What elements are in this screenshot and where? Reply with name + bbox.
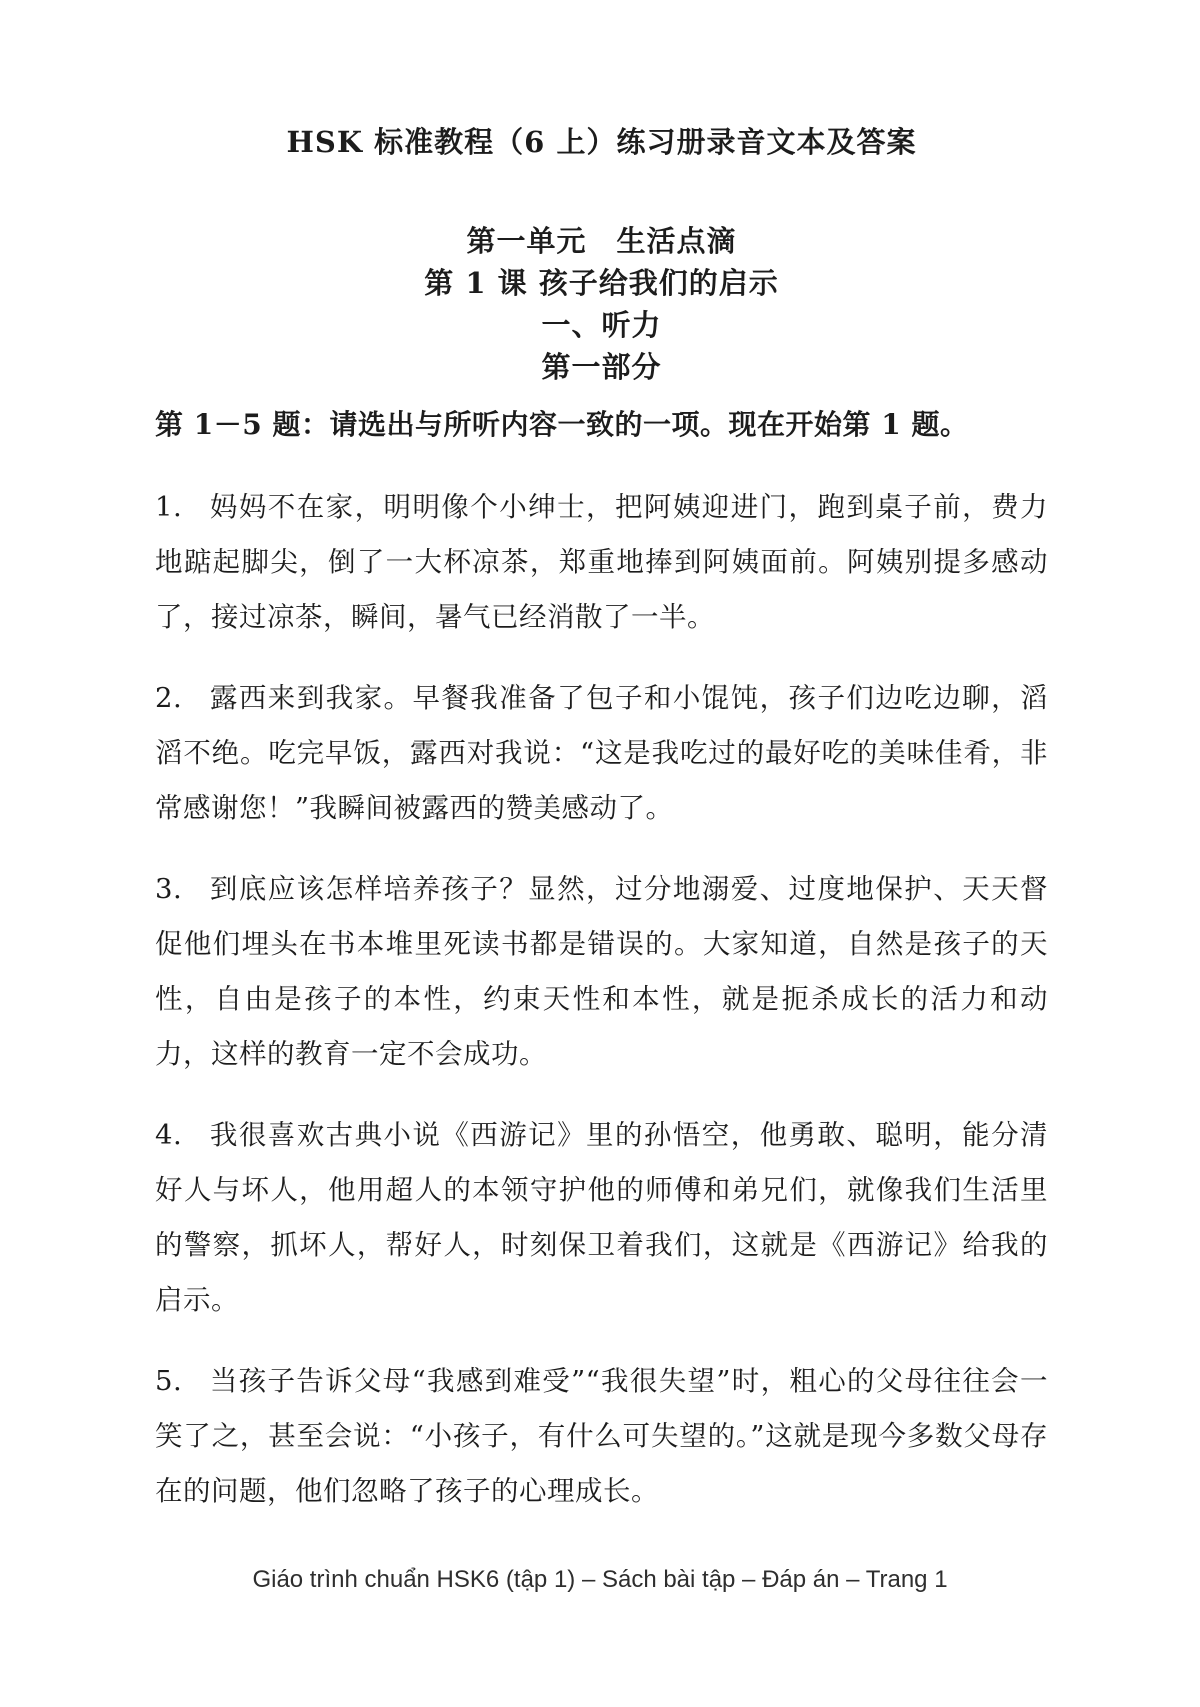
document-title: HSK 标准教程（6 上）练习册录音文本及答案 (155, 124, 1048, 162)
item-text: 我很喜欢古典小说《西游记》里的孙悟空，他勇敢、聪明，能分清好人与坏人，他用超人的… (155, 1119, 1048, 1316)
item-text: 妈妈不在家，明明像个小绅士，把阿姨迎进门，跑到桌子前，费力地踮起脚尖，倒了一大杯… (155, 491, 1048, 633)
lesson-heading: 第 1 课 孩子给我们的启示 (155, 262, 1048, 304)
transcript-item: 1.妈妈不在家，明明像个小绅士，把阿姨迎进门，跑到桌子前，费力地踮起脚尖，倒了一… (155, 454, 1048, 645)
item-number: 1. (155, 480, 183, 535)
unit-heading: 第一单元 生活点滴 (155, 220, 1048, 262)
section-heading-listening: 一、听力 (155, 304, 1048, 346)
transcript-list: 1.妈妈不在家，明明像个小绅士，把阿姨迎进门，跑到桌子前，费力地踮起脚尖，倒了一… (155, 454, 1048, 1519)
item-text: 露西来到我家。早餐我准备了包子和小馄饨，孩子们边吃边聊，滔滔不绝。吃完早饭，露西… (155, 682, 1048, 824)
document-page: HSK 标准教程（6 上）练习册录音文本及答案 第一单元 生活点滴 第 1 课 … (0, 0, 1200, 1707)
transcript-item: 4.我很喜欢古典小说《西游记》里的孙悟空，他勇敢、聪明，能分清好人与坏人，他用超… (155, 1082, 1048, 1328)
transcript-item: 5.当孩子告诉父母“我感到难受”“我很失望”时，粗心的父母往往会一笑了之，甚至会… (155, 1328, 1048, 1519)
transcript-item: 3.到底应该怎样培养孩子？显然，过分地溺爱、过度地保护、天天督促他们埋头在书本堆… (155, 836, 1048, 1082)
item-text: 当孩子告诉父母“我感到难受”“我很失望”时，粗心的父母往往会一笑了之，甚至会说：… (155, 1365, 1048, 1507)
item-text: 到底应该怎样培养孩子？显然，过分地溺爱、过度地保护、天天督促他们埋头在书本堆里死… (155, 873, 1048, 1070)
item-number: 5. (155, 1354, 183, 1409)
instruction-line: 第 1－5 题：请选出与所听内容一致的一项。现在开始第 1 题。 (155, 404, 1048, 446)
item-number: 2. (155, 671, 183, 726)
part-heading: 第一部分 (155, 346, 1048, 388)
item-number: 3. (155, 862, 183, 917)
page-footer: Giáo trình chuẩn HSK6 (tập 1) – Sách bài… (0, 1566, 1200, 1594)
item-number: 4. (155, 1108, 183, 1163)
transcript-item: 2.露西来到我家。早餐我准备了包子和小馄饨，孩子们边吃边聊，滔滔不绝。吃完早饭，… (155, 645, 1048, 836)
